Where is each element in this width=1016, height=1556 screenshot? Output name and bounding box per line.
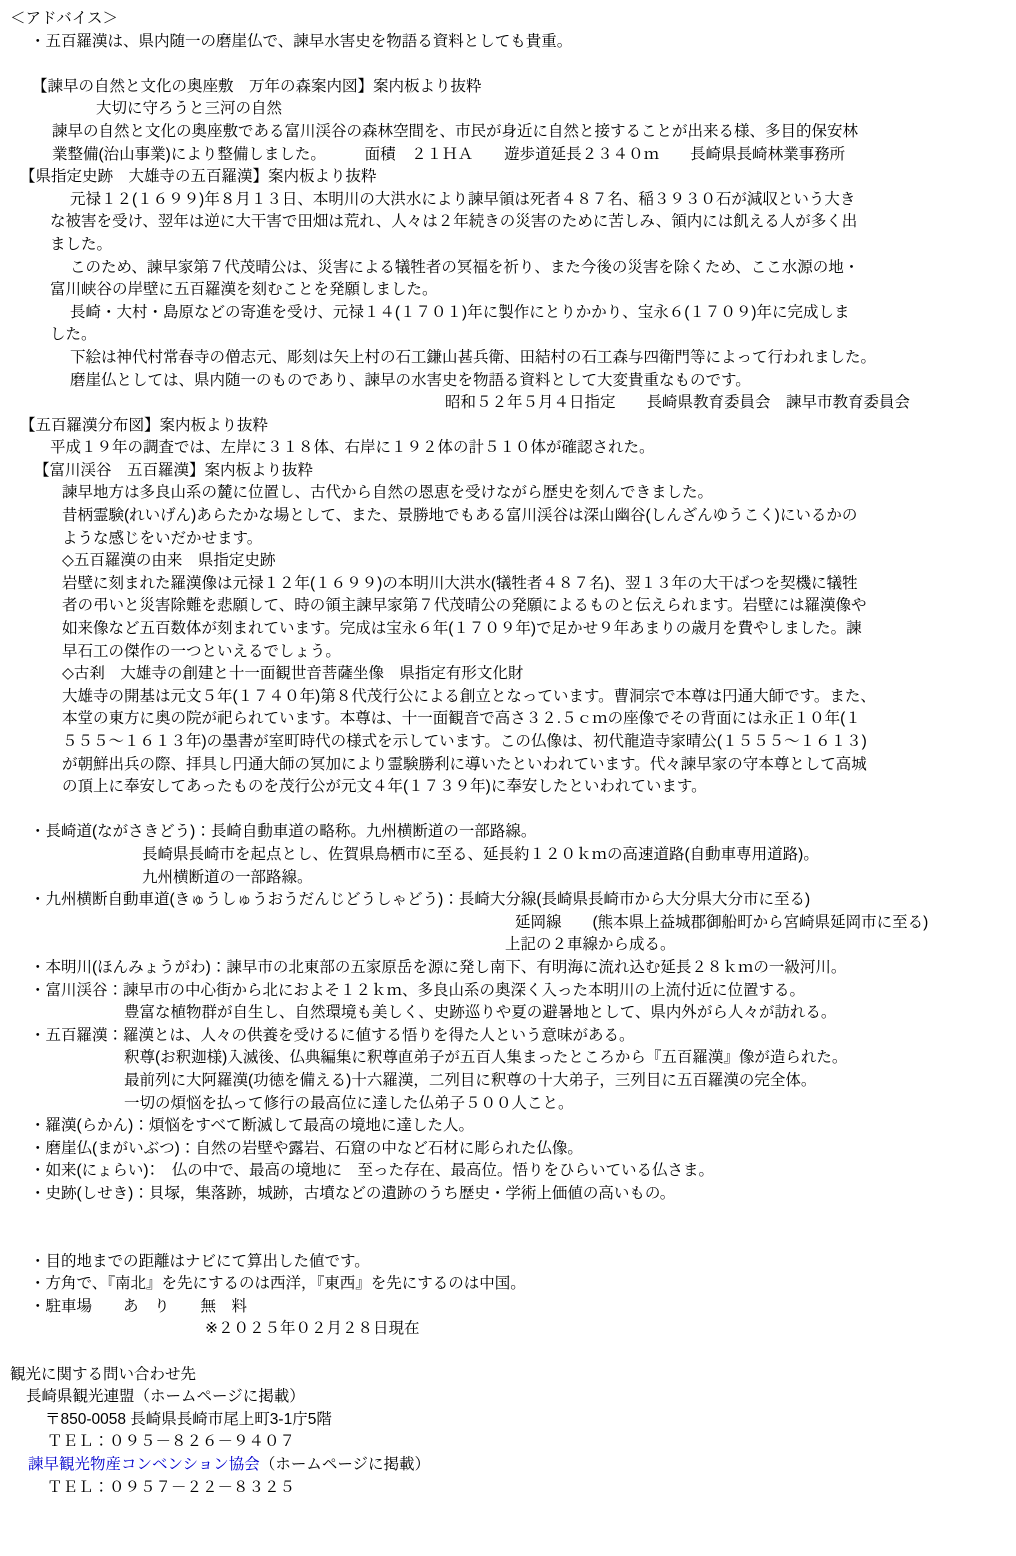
line-body: 九州横断道の一部路線。 bbox=[8, 867, 1012, 890]
line-body: 昔柄霊験(れいげん)あらたかな場として、また、景勝地でもある富川渓谷は深山幽谷(… bbox=[8, 505, 1012, 528]
text-run: ・五百羅漢：羅漢とは、人々の供養を受けるに値する悟りを得た人という意味がある。 bbox=[30, 1027, 635, 1044]
line-bullet: ・羅漢(らかん)：煩悩をすべて断滅して最高の境地に達した人。 bbox=[8, 1115, 1012, 1138]
line-bullet: ・九州横断自動車道(きゅうしゅうおうだんじどうしゃどう)：長崎大分線(長崎県長崎… bbox=[8, 889, 1012, 912]
line-section-heading: 【県指定史跡 大雄寺の五百羅漢】案内板より抜粋 bbox=[8, 166, 1012, 189]
text-run: ◇古刹 大雄寺の創建と十一面観世音菩薩坐像 県指定有形文化財 bbox=[62, 665, 523, 682]
text-run: ・磨崖仏(まがいぶつ)：自然の岩壁や露岩、石窟の中など石材に彫られた仏像。 bbox=[30, 1140, 583, 1157]
text-run: 【県指定史跡 大雄寺の五百羅漢】案内板より抜粋 bbox=[20, 168, 377, 185]
line-blank bbox=[8, 1205, 1012, 1228]
line-contact-heading: 観光に関する問い合わせ先 bbox=[8, 1364, 1012, 1387]
text-run: 延岡線 (熊本県上益城郡御船町から宮崎県延岡市に至る) bbox=[515, 914, 928, 931]
text-run: 【五百羅漢分布図】案内板より抜粋 bbox=[20, 417, 268, 434]
text-document: ＜アドバイス＞・五百羅漢は、県内随一の磨崖仏で、諫早水害史を物語る資料としても貴… bbox=[0, 0, 1016, 1556]
line-body: 下絵は神代村常春寺の僧志元、彫刻は矢上村の石工鎌山甚兵衛、田結村の石工森与四衛門… bbox=[8, 347, 1012, 370]
text-run: ＴＥＬ：０９５７－２２－８３２５ bbox=[47, 1479, 295, 1496]
text-run: 長崎県観光連盟（ホームページに掲載） bbox=[26, 1388, 305, 1405]
line-bullet: ・磨崖仏(まがいぶつ)：自然の岩壁や露岩、石窟の中など石材に彫られた仏像。 bbox=[8, 1138, 1012, 1161]
line-bullet: ・史跡(しせき)：貝塚，集落跡，城跡，古墳などの遺跡のうち歴史・学術上価値の高い… bbox=[8, 1183, 1012, 1206]
text-run: 長崎・大村・島原などの寄進を受け、元禄１４(１７０１)年に製作にとりかかり、宝永… bbox=[70, 304, 850, 321]
line-body: 上記の２車線から成る。 bbox=[8, 934, 1012, 957]
text-run: な被害を受け、翌年は逆に大干害で田畑は荒れ、人々は２年続きの災害のために苦しみ、… bbox=[50, 213, 857, 230]
line-bullet: ・駐車場 あ り 無 料 bbox=[8, 1296, 1012, 1319]
line-contact: ＴＥＬ：０９５－８２６－９４０７ bbox=[8, 1431, 1012, 1454]
line-attribution: 昭和５２年５月４日指定 長崎県教育委員会 諫早市教育委員会 bbox=[8, 392, 1012, 415]
line-bullet: ・本明川(ほんみょうがわ)：諫早市の北東部の五家原岳を源に発し南下、有明海に流れ… bbox=[8, 957, 1012, 980]
text-run: ・九州横断自動車道(きゅうしゅうおうだんじどうしゃどう)：長崎大分線(長崎県長崎… bbox=[30, 891, 810, 908]
line-body: ような感じをいだかせます。 bbox=[8, 528, 1012, 551]
text-run: 最前列に大阿羅漢(功徳を備える)十六羅漢，二列目に釈尊の十大弟子，三列目に五百羅… bbox=[124, 1072, 816, 1089]
text-run: ※２０２５年０２月２８日現在 bbox=[205, 1320, 420, 1337]
text-run: ような感じをいだかせます。 bbox=[62, 530, 262, 547]
line-bullet: ・五百羅漢は、県内随一の磨崖仏で、諫早水害史を物語る資料としても貴重。 bbox=[8, 31, 1012, 54]
line-body: 本堂の東方に奥の院が祀られています。本尊は、十一面観音で高さ３２.５ｃｍの座像で… bbox=[8, 708, 1012, 731]
text-run: ・羅漢(らかん)：煩悩をすべて断滅して最高の境地に達した人。 bbox=[30, 1117, 474, 1134]
text-run: が朝鮮出兵の際、拝具し円通大師の冥加により霊験勝利に導いたといわれています。代々… bbox=[62, 756, 867, 773]
line-body: な被害を受け、翌年は逆に大干害で田畑は荒れ、人々は２年続きの災害のために苦しみ、… bbox=[8, 211, 1012, 234]
line-body: 長崎・大村・島原などの寄進を受け、元禄１４(１７０１)年に製作にとりかかり、宝永… bbox=[8, 302, 1012, 325]
line-body: 元禄１２(１６９９)年８月１３日、本明川の大洪水により諫早領は死者４８７名、稲３… bbox=[8, 189, 1012, 212]
text-run: ５５５～１６１３年)の墨書が室町時代の様式を示しています。この仏像は、初代龍造寺… bbox=[62, 733, 867, 750]
line-body: 岩壁に刻まれた羅漢像は元禄１２年(１６９９)の本明川大洪水(犠牲者４８７名)、翌… bbox=[8, 573, 1012, 596]
line-note: ※２０２５年０２月２８日現在 bbox=[8, 1318, 1012, 1341]
text-run: 諫早の自然と文化の奥座敷である富川渓谷の森林空間を、市民が身近に自然と接すること… bbox=[52, 123, 858, 140]
line-body: 釈尊(お釈迦様)入滅後、仏典編集に釈尊直弟子が五百人集まったところから『五百羅漢… bbox=[8, 1047, 1012, 1070]
text-run: 者の弔いと災害除難を悲願して、時の領主諫早家第７代茂晴公の発願によるものと伝えら… bbox=[62, 597, 866, 614]
line-blank bbox=[8, 799, 1012, 822]
line-body: ました。 bbox=[8, 234, 1012, 257]
line-blank bbox=[8, 53, 1012, 76]
text-run: 【諫早の自然と文化の奥座敷 万年の森案内図】案内板より抜粋 bbox=[32, 78, 482, 95]
line-subsection-heading: ◇五百羅漢の由来 県指定史跡 bbox=[8, 550, 1012, 573]
line-body: このため、諫早家第７代茂晴公は、災害による犠牲者の冥福を祈り、また今後の災害を除… bbox=[8, 257, 1012, 280]
line-subsection-heading: ◇古刹 大雄寺の創建と十一面観世音菩薩坐像 県指定有形文化財 bbox=[8, 663, 1012, 686]
text-run: ・目的地までの距離はナビにて算出した値です。 bbox=[30, 1253, 370, 1270]
line-body: 豊富な植物群が自生し、自然環境も美しく、史跡巡りや夏の避暑地として、県内外がら人… bbox=[8, 1002, 1012, 1025]
line-body: ５５５～１６１３年)の墨書が室町時代の様式を示しています。この仏像は、初代龍造寺… bbox=[8, 731, 1012, 754]
line-body: 業整備(治山事業)により整備しました。 面積 ２１ＨＡ 遊歩道延長２３４０ｍ 長… bbox=[8, 144, 1012, 167]
text-run: 富川峡谷の岸壁に五百羅漢を刻むことを発願しました。 bbox=[50, 281, 438, 298]
text-run: 観光に関する問い合わせ先 bbox=[10, 1366, 196, 1383]
text-run: （ホームページに掲載） bbox=[260, 1456, 430, 1473]
line-body: 一切の煩悩を払って修行の最高位に達した仏弟子５００人こと。 bbox=[8, 1093, 1012, 1116]
text-run: ＜アドバイス＞ bbox=[10, 10, 118, 27]
text-run: 下絵は神代村常春寺の僧志元、彫刻は矢上村の石工鎌山甚兵衛、田結村の石工森与四衛門… bbox=[70, 349, 876, 366]
line-body: 諫早の自然と文化の奥座敷である富川渓谷の森林空間を、市民が身近に自然と接すること… bbox=[8, 121, 1012, 144]
text-run: ・長崎道(ながさきどう)：長崎自動車道の略称。九州横断道の一部路線。 bbox=[30, 823, 536, 840]
line-body: 最前列に大阿羅漢(功徳を備える)十六羅漢，二列目に釈尊の十大弟子，三列目に五百羅… bbox=[8, 1070, 1012, 1093]
line-contact: 長崎県観光連盟（ホームページに掲載） bbox=[8, 1386, 1012, 1409]
line-contact: 〒850-0058 長崎県長崎市尾上町3-1庁5階 bbox=[8, 1409, 1012, 1432]
line-bullet: ・方角で、『南北』を先にするのは西洋，『東西』を先にするのは中国。 bbox=[8, 1273, 1012, 1296]
text-run: ・方角で、『南北』を先にするのは西洋，『東西』を先にするのは中国。 bbox=[30, 1275, 526, 1292]
line-body: 平成１９年の調査では、左岸に３１８体、右岸に１９２体の計５１０体が確認された。 bbox=[8, 437, 1012, 460]
line-contact: ＴＥＬ：０９５７－２２－８３２５ bbox=[8, 1477, 1012, 1500]
line-body: 諫早地方は多良山系の麓に位置し、古代から自然の恩恵を受けながら歴史を刻んできまし… bbox=[8, 482, 1012, 505]
text-run: ・五百羅漢は、県内随一の磨崖仏で、諫早水害史を物語る資料としても貴重。 bbox=[30, 33, 572, 50]
line-body: 富川峡谷の岸壁に五百羅漢を刻むことを発願しました。 bbox=[8, 279, 1012, 302]
text-run: 如来像など五百数体が刻まれています。完成は宝永６年(１７０９年)で足かせ９年あま… bbox=[62, 620, 862, 637]
line-body: 者の弔いと災害除難を悲願して、時の領主諫早家第７代茂晴公の発願によるものと伝えら… bbox=[8, 595, 1012, 618]
text-run: ・本明川(ほんみょうがわ)：諫早市の北東部の五家原岳を源に発し南下、有明海に流れ… bbox=[30, 959, 846, 976]
text-run: このため、諫早家第７代茂晴公は、災害による犠牲者の冥福を祈り、また今後の災害を除… bbox=[70, 259, 859, 276]
text-run: ・如来(にょらい)： 仏の中で、最高の境地に 至った存在、最高位。悟りをひらいて… bbox=[30, 1162, 714, 1179]
line-body: 長崎県長崎市を起点とし、佐賀県鳥栖市に至る、延長約１２０ｋｍの高速道路(自動車専… bbox=[8, 844, 1012, 867]
text-run: 〒850-0058 長崎県長崎市尾上町3-1庁5階 bbox=[45, 1411, 332, 1428]
line-body: した。 bbox=[8, 324, 1012, 347]
line-bullet: ・長崎道(ながさきどう)：長崎自動車道の略称。九州横断道の一部路線。 bbox=[8, 821, 1012, 844]
line-bullet: ・目的地までの距離はナビにて算出した値です。 bbox=[8, 1251, 1012, 1274]
line-section-heading: 【富川渓谷 五百羅漢】案内板より抜粋 bbox=[8, 460, 1012, 483]
text-run: 早石工の傑作の一つといえるでしょう。 bbox=[62, 643, 341, 660]
text-run: 昭和５２年５月４日指定 長崎県教育委員会 諫早市教育委員会 bbox=[445, 394, 910, 411]
text-run: 九州横断道の一部路線。 bbox=[142, 869, 313, 886]
line-bullet: ・如来(にょらい)： 仏の中で、最高の境地に 至った存在、最高位。悟りをひらいて… bbox=[8, 1160, 1012, 1183]
text-run: 昔柄霊験(れいげん)あらたかな場として、また、景勝地でもある富川渓谷は深山幽谷(… bbox=[62, 507, 857, 524]
line-bullet: ・五百羅漢：羅漢とは、人々の供養を受けるに値する悟りを得た人という意味がある。 bbox=[8, 1025, 1012, 1048]
text-run: ◇五百羅漢の由来 県指定史跡 bbox=[62, 552, 275, 569]
text-run: ・駐車場 あ り 無 料 bbox=[30, 1298, 247, 1315]
text-run: 【富川渓谷 五百羅漢】案内板より抜粋 bbox=[34, 462, 313, 479]
text-run: 上記の２車線から成る。 bbox=[505, 936, 676, 953]
text-run: 業整備(治山事業)により整備しました。 面積 ２１ＨＡ 遊歩道延長２３４０ｍ 長… bbox=[52, 146, 845, 163]
line-blank bbox=[8, 1228, 1012, 1251]
isahaya-convention-association-link[interactable]: 諫早観光物産コンベンション協会 bbox=[28, 1456, 260, 1473]
line-body: が朝鮮出兵の際、拝具し円通大師の冥加により霊験勝利に導いたといわれています。代々… bbox=[8, 754, 1012, 777]
text-run: 磨崖仏としては、県内随一のものであり、諫早の水害史を物語る資料として大変貴重なも… bbox=[70, 372, 751, 389]
line-body: 大切に守ろうと三河の自然 bbox=[8, 98, 1012, 121]
text-run: ました。 bbox=[50, 236, 112, 253]
text-run: 岩壁に刻まれた羅漢像は元禄１２年(１６９９)の本明川大洪水(犠牲者４８７名)、翌… bbox=[62, 575, 858, 592]
text-run: 釈尊(お釈迦様)入滅後、仏典編集に釈尊直弟子が五百人集まったところから『五百羅漢… bbox=[124, 1049, 847, 1066]
line-body: の頂上に奉安してあったものを茂行公が元文４年(１７３９年)に奉安したといわれてい… bbox=[8, 776, 1012, 799]
text-run: した。 bbox=[50, 326, 97, 343]
line-advice-title: ＜アドバイス＞ bbox=[8, 8, 1012, 31]
text-run: 平成１９年の調査では、左岸に３１８体、右岸に１９２体の計５１０体が確認された。 bbox=[50, 439, 655, 456]
text-run: 本堂の東方に奥の院が祀られています。本尊は、十一面観音で高さ３２.５ｃｍの座像で… bbox=[62, 710, 861, 727]
line-contact: 諫早観光物産コンベンション協会（ホームページに掲載） bbox=[8, 1454, 1012, 1477]
line-section-heading: 【五百羅漢分布図】案内板より抜粋 bbox=[8, 415, 1012, 438]
text-run: ・富川渓谷：諫早市の中心街から北におよそ１２ｋｍ、多良山系の奥深く入った本明川の… bbox=[30, 982, 805, 999]
line-body: 磨崖仏としては、県内随一のものであり、諫早の水害史を物語る資料として大変貴重なも… bbox=[8, 370, 1012, 393]
text-run: ・史跡(しせき)：貝塚，集落跡，城跡，古墳などの遺跡のうち歴史・学術上価値の高い… bbox=[30, 1185, 675, 1202]
text-run: 長崎県長崎市を起点とし、佐賀県鳥栖市に至る、延長約１２０ｋｍの高速道路(自動車専… bbox=[142, 846, 819, 863]
line-body: 大雄寺の開基は元文５年(１７４０年)第８代茂行公による創立となっています。曹洞宗… bbox=[8, 686, 1012, 709]
text-run: 諫早地方は多良山系の麓に位置し、古代から自然の恩恵を受けながら歴史を刻んできまし… bbox=[62, 484, 713, 501]
line-body: 早石工の傑作の一つといえるでしょう。 bbox=[8, 641, 1012, 664]
text-run: ＴＥＬ：０９５－８２６－９４０７ bbox=[47, 1433, 295, 1450]
text-run: 大切に守ろうと三河の自然 bbox=[96, 100, 282, 117]
text-run: 大雄寺の開基は元文５年(１７４０年)第８代茂行公による創立となっています。曹洞宗… bbox=[62, 688, 876, 705]
text-run: 一切の煩悩を払って修行の最高位に達した仏弟子５００人こと。 bbox=[124, 1095, 574, 1112]
line-body: 如来像など五百数体が刻まれています。完成は宝永６年(１７０９年)で足かせ９年あま… bbox=[8, 618, 1012, 641]
text-run: 豊富な植物群が自生し、自然環境も美しく、史跡巡りや夏の避暑地として、県内外がら人… bbox=[124, 1004, 836, 1021]
text-run: の頂上に奉安してあったものを茂行公が元文４年(１７３９年)に奉安したといわれてい… bbox=[62, 778, 707, 795]
text-run: 元禄１２(１６９９)年８月１３日、本明川の大洪水により諫早領は死者４８７名、稲３… bbox=[70, 191, 855, 208]
line-bullet: ・富川渓谷：諫早市の中心街から北におよそ１２ｋｍ、多良山系の奥深く入った本明川の… bbox=[8, 980, 1012, 1003]
line-body: 延岡線 (熊本県上益城郡御船町から宮崎県延岡市に至る) bbox=[8, 912, 1012, 935]
line-section-heading: 【諫早の自然と文化の奥座敷 万年の森案内図】案内板より抜粋 bbox=[8, 76, 1012, 99]
line-blank bbox=[8, 1341, 1012, 1364]
